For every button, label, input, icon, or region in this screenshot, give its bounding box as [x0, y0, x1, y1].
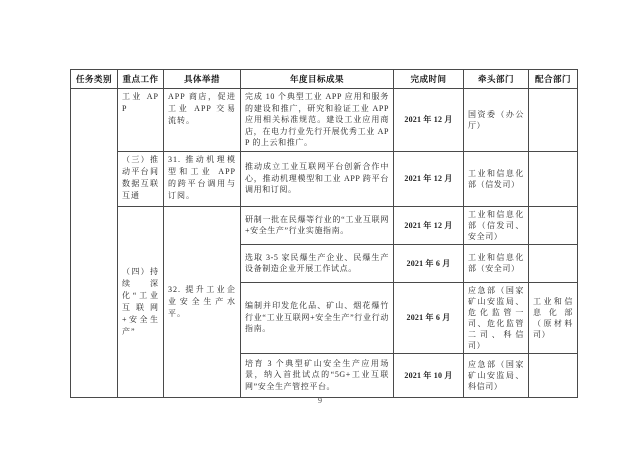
cell-key-work: 工业 APP — [118, 89, 164, 152]
cell-outcome: 完成 10 个典型工业 APP 应用和服务的建设和推广，研究和验证工业 APP … — [241, 89, 394, 152]
page-number: 9 — [0, 396, 640, 405]
cell-key-work: （四）持续深化“工业互联网+安全生产” — [118, 206, 164, 397]
document-page: 任务类别 重点工作 具体举措 年度目标成果 完成时间 牵头部门 配合部门 工业 … — [0, 0, 640, 452]
cell-completion-time: 2021 年 6 月 — [394, 282, 464, 353]
header-outcome: 年度目标成果 — [241, 70, 394, 89]
cell-outcome: 培育 3 个典型矿山安全生产应用场景，纳入首批试点的“5G+工业互联网”安全生产… — [241, 353, 394, 397]
header-support-dept: 配合部门 — [529, 70, 578, 89]
cell-support-dept — [529, 206, 578, 244]
cell-completion-time: 2021 年 6 月 — [394, 244, 464, 282]
cell-measure: 31. 推动机理模型和工业 APP 的跨平台调用与订阅。 — [164, 151, 241, 206]
cell-completion-time: 2021 年 10 月 — [394, 353, 464, 397]
cell-support-dept — [529, 244, 578, 282]
cell-measure: APP 商店，促进工业 APP 交易流转。 — [164, 89, 241, 152]
cell-outcome: 推动成立工业互联网平台创新合作中心，推动机理模型和工业 APP 跨平台调用和订阅… — [241, 151, 394, 206]
cell-lead-dept: 国资委（办公厅） — [464, 89, 529, 152]
cell-completion-time: 2021 年 12 月 — [394, 151, 464, 206]
cell-outcome: 研制一批在民爆等行业的“工业互联网+安全生产”行业实施指南。 — [241, 206, 394, 244]
cell-completion-time: 2021 年 12 月 — [394, 206, 464, 244]
cell-support-dept — [529, 89, 578, 152]
header-task-category: 任务类别 — [71, 70, 118, 89]
cell-lead-dept: 工业和信息化部（安全司） — [464, 244, 529, 282]
cell-lead-dept: 应急部（国家矿山安监局、危化监管一司、危化监管二司、科信司） — [464, 282, 529, 353]
cell-support-dept: 工业和信息化部（原材料司） — [529, 282, 578, 353]
table-row: （四）持续深化“工业互联网+安全生产” 32. 提升工业企业安全生产水平。 研制… — [71, 206, 578, 244]
cell-task-category — [71, 89, 118, 398]
cell-outcome: 编制并印发危化品、矿山、烟花爆竹行业“工业互联网+安全生产”行业行动指南。 — [241, 282, 394, 353]
cell-lead-dept: 工业和信息化部（信发司、安全司） — [464, 206, 529, 244]
header-row: 任务类别 重点工作 具体举措 年度目标成果 完成时间 牵头部门 配合部门 — [71, 70, 578, 89]
header-lead-dept: 牵头部门 — [464, 70, 529, 89]
cell-key-work: （三）推动平台间数据互联互通 — [118, 151, 164, 206]
header-completion-time: 完成时间 — [394, 70, 464, 89]
header-measure: 具体举措 — [164, 70, 241, 89]
cell-completion-time: 2021 年 12 月 — [394, 89, 464, 152]
table-row: 工业 APP APP 商店，促进工业 APP 交易流转。 完成 10 个典型工业… — [71, 89, 578, 152]
table-row: （三）推动平台间数据互联互通 31. 推动机理模型和工业 APP 的跨平台调用与… — [71, 151, 578, 206]
cell-lead-dept: 应急部（国家矿山安监局、科信司） — [464, 353, 529, 397]
plan-table: 任务类别 重点工作 具体举措 年度目标成果 完成时间 牵头部门 配合部门 工业 … — [70, 69, 578, 398]
cell-measure: 32. 提升工业企业安全生产水平。 — [164, 206, 241, 397]
cell-support-dept — [529, 353, 578, 397]
cell-lead-dept: 工业和信息化部（信发司） — [464, 151, 529, 206]
cell-outcome: 选取 3-5 家民爆生产企业、民爆生产设备制造企业开展工作试点。 — [241, 244, 394, 282]
cell-support-dept — [529, 151, 578, 206]
header-key-work: 重点工作 — [118, 70, 164, 89]
